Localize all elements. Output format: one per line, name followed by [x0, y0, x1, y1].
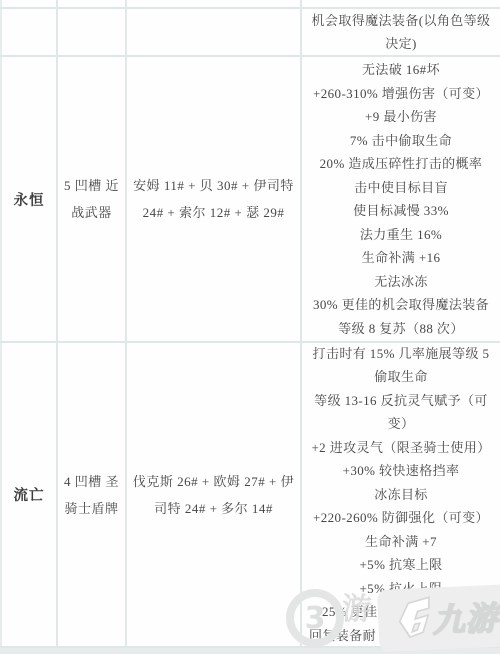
prop-line: 生命补满 +7	[306, 530, 496, 554]
prop-line: 冰冻目标	[306, 483, 496, 507]
table-row-partial: 机会取得魔法装备(以角色等级决定)	[0, 9, 500, 57]
runeword-slot: 4 凹槽 圣骑士盾牌	[58, 343, 127, 646]
prop-line: 生命补满 +16	[306, 246, 496, 270]
runeword-name: 永恒	[0, 57, 58, 341]
prop-line: +260-310% 增强伤害（可变）	[306, 82, 496, 106]
9game-logo-icon	[394, 594, 433, 645]
partial-runes-cell	[127, 9, 302, 55]
circle-watermark-logo: 3	[286, 589, 344, 647]
prop-line: 机会取得魔法装备(以角色等级决定)	[306, 9, 496, 56]
table-row: 永恒 5 凹槽 近战武器 安姆 11# + 贝 30# + 伊司特 24# + …	[0, 57, 500, 343]
prop-line: 等级 8 复苏（88 次）	[306, 317, 496, 341]
screenshot-root: 机会取得魔法装备(以角色等级决定) 永恒 5 凹槽 近战武器 安姆 11# + …	[0, 0, 500, 654]
runeword-props: 无法破 16#坏+260-310% 增强伤害（可变）+9 最小伤害7% 击中偷取…	[302, 57, 500, 341]
partial-name-cell	[0, 9, 58, 55]
sliver-props-cell	[302, 0, 500, 7]
prop-line: 无法破 16#坏	[306, 58, 496, 82]
prop-line: 等级 13-16 反抗灵气赋予（可变）	[306, 389, 496, 436]
prop-line: 7% 击中偷取生命	[306, 129, 496, 153]
partial-props-cell: 机会取得魔法装备(以角色等级决定)	[302, 9, 500, 55]
brand-watermark-text: 九游	[431, 593, 499, 642]
prop-line: +2 进攻灵气（限圣骑士使用）	[306, 436, 496, 460]
prop-line: +30% 较快速格挡率	[306, 459, 496, 483]
runeword-slot: 5 凹槽 近战武器	[58, 57, 127, 341]
prop-line: 击中使目标目盲	[306, 176, 496, 200]
prop-line: +220-260% 防御强化（可变）	[306, 506, 496, 530]
prop-line: 20% 造成压碎性打击的概率	[306, 152, 496, 176]
sliver-runes-cell	[127, 0, 302, 7]
prop-line: 使目标减慢 33%	[306, 199, 496, 223]
prop-line: 法力重生 16%	[306, 223, 496, 247]
partial-slot-cell	[58, 9, 127, 55]
runeword-runes: 伐克斯 26# + 欧姆 27# + 伊司特 24# + 多尔 14#	[127, 343, 302, 646]
sliver-slot-cell	[58, 0, 127, 7]
sliver-name-cell	[0, 0, 58, 7]
prop-line: +5% 抗寒上限	[306, 553, 496, 577]
prop-line: +9 最小伤害	[306, 105, 496, 129]
prop-line: 30% 更佳的机会取得魔法装备	[306, 293, 496, 317]
prop-line: 打击时有 15% 几率施展等级 5 偷取生命	[306, 342, 496, 389]
brand-watermark: 九游	[377, 584, 500, 652]
circle-watermark-digit: 3	[305, 601, 326, 636]
faint-watermark-char: 游	[342, 584, 372, 628]
runeword-runes: 安姆 11# + 贝 30# + 伊司特 24# + 索尔 12# + 瑟 29…	[127, 57, 302, 341]
runeword-table: 机会取得魔法装备(以角色等级决定) 永恒 5 凹槽 近战武器 安姆 11# + …	[0, 0, 500, 648]
runeword-name: 流亡	[0, 343, 58, 646]
prop-line: 无法冰冻	[306, 270, 496, 294]
